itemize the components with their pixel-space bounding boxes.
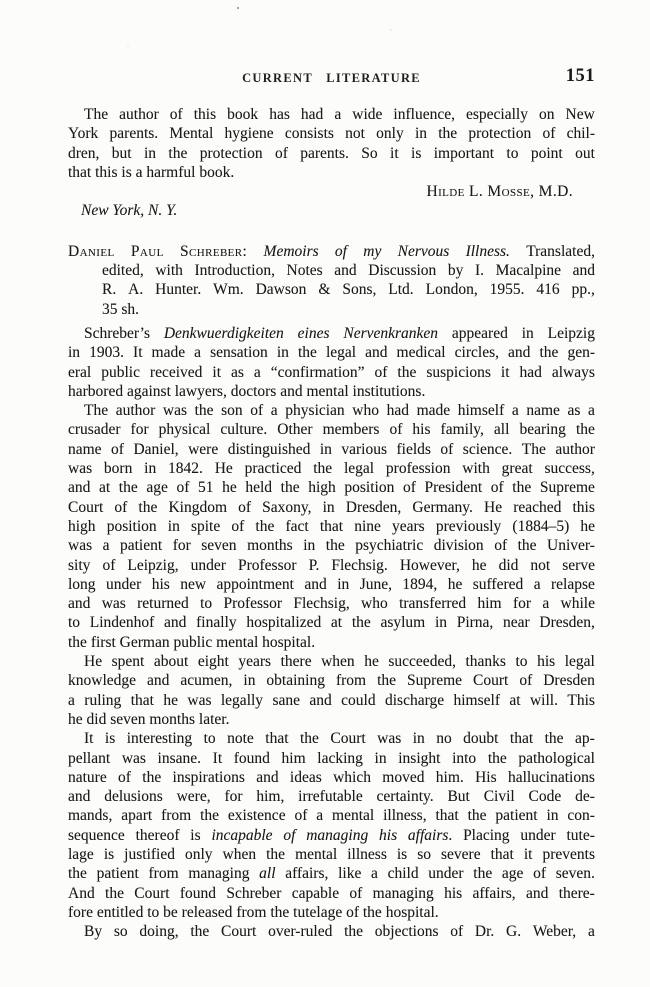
text-line: pellantwasinsane.Itfoundhimlackingininsi…	[68, 749, 595, 768]
para-denkwuerdigkeiten: Schreber’sDenkwuerdigkeiteneinesNervenkr…	[68, 324, 595, 401]
text-line: wasapatientforsevenmonthsinthepsychiatri…	[68, 536, 595, 555]
text-line: mands,apartfromtheexistenceofamentalilln…	[68, 806, 595, 825]
citation: DanielPaulSchreber:MemoirsofmyNervousIll…	[68, 242, 595, 319]
text-line: DanielPaulSchreber:MemoirsofmyNervousIll…	[68, 242, 595, 261]
scanned-journal-page: CURRENT LITERATURE 151 Theauthorofthisbo…	[0, 0, 650, 987]
text-line: CourtoftheKingdomofSaxony,inDresden,Germ…	[68, 498, 595, 517]
text-line: anddelusionswere,forhim,irrefutablecerta…	[68, 787, 595, 806]
text-line: highpositioninspiteofthefactthatnineyear…	[68, 517, 595, 536]
text-line: eralpublicreceiveditasa“confirmation”oft…	[68, 363, 595, 382]
text-line: toLindenhofandfinallyhospitalizedattheas…	[68, 613, 595, 632]
closing-paragraph: Theauthorofthisbookhashadawideinfluence,…	[68, 105, 595, 182]
text-column: Theauthorofthisbookhashadawideinfluence,…	[68, 105, 595, 941]
reviewer-location: New York, N. Y.	[68, 201, 595, 220]
text-line: arulingthathewaslegallysaneandcoulddisch…	[68, 691, 595, 710]
text-line: thepatientfrommanagingallaffairs,likeach…	[68, 864, 595, 883]
scan-noise	[237, 7, 239, 9]
text-line: Bysodoing,theCourtover-ruledtheobjection…	[68, 922, 595, 941]
text-line: wasbornin1842.Hepracticedthelegalprofess…	[68, 459, 595, 478]
text-line: Theauthorwasthesonofaphysicianwhohadmade…	[68, 401, 595, 420]
review-mosse-end: Theauthorofthisbookhashadawideinfluence,…	[68, 105, 595, 182]
text-line: knowledgeandacumen,inobtainingfromtheSup…	[68, 671, 595, 690]
text-line: Yorkparents.Mentalhygieneconsistsnotonly…	[68, 124, 595, 143]
reviewer-signature: Hilde L. Mosse, M.D.	[68, 182, 595, 201]
para-eight-years: Hespentabouteightyearstherewhenhesucceed…	[68, 652, 595, 729]
text-line: the first German public mental hospital.	[68, 633, 595, 652]
text-line: crusaderforphysicalculture.Othermemberso…	[68, 420, 595, 439]
text-line: andattheageof51heheldthehighpositionofPr…	[68, 478, 595, 497]
text-line: longunderhisnewappointmentandinJune,1894…	[68, 575, 595, 594]
text-line: R.A.Hunter.Wm.Dawson&Sons,Ltd.London,195…	[68, 280, 595, 299]
text-line: fore entitled to be released from the tu…	[68, 903, 595, 922]
text-line: andwasreturnedtoProfessorFlechsig,whotra…	[68, 594, 595, 613]
text-line: ItisinterestingtonotethattheCourtwasinno…	[68, 729, 595, 748]
running-title: CURRENT LITERATURE	[68, 71, 595, 86]
text-line: AndtheCourtfoundSchrebercapableofmanagin…	[68, 884, 595, 903]
page-header: CURRENT LITERATURE 151	[68, 68, 595, 88]
text-line: he did seven months later.	[68, 710, 595, 729]
text-line: nameofDaniel,weredistinguishedinvariousf…	[68, 440, 595, 459]
para-author-biography: Theauthorwasthesonofaphysicianwhohadmade…	[68, 401, 595, 652]
para-weber: Bysodoing,theCourtover-ruledtheobjection…	[68, 922, 595, 941]
text-line: Hespentabouteightyearstherewhenhesucceed…	[68, 652, 595, 671]
text-line: that this is a harmful book.	[68, 163, 595, 182]
text-line: lageisjustifiedonlywhenthementalillnessi…	[68, 845, 595, 864]
text-line: harbored against lawyers, doctors and me…	[68, 382, 595, 401]
text-line: sityofLeipzig,underProfessorP.Flechsig.H…	[68, 556, 595, 575]
text-line: 35 sh.	[68, 300, 595, 319]
text-line: sequencethereofisincapableofmanaginghisa…	[68, 826, 595, 845]
text-line: in1903.Itmadeasensationinthelegalandmedi…	[68, 343, 595, 362]
text-line: dren,butintheprotectionofparents.Soitisi…	[68, 144, 595, 163]
review-schreber: DanielPaulSchreber:MemoirsofmyNervousIll…	[68, 242, 595, 942]
page-number: 151	[566, 66, 595, 87]
text-line: edited,withIntroduction,NotesandDiscussi…	[68, 261, 595, 280]
text-line: natureoftheinspirationsandideaswhichmove…	[68, 768, 595, 787]
text-line: Theauthorofthisbookhashadawideinfluence,…	[68, 105, 595, 124]
text-line: Schreber’sDenkwuerdigkeiteneinesNervenkr…	[68, 324, 595, 343]
para-court-insanity: ItisinterestingtonotethattheCourtwasinno…	[68, 729, 595, 922]
